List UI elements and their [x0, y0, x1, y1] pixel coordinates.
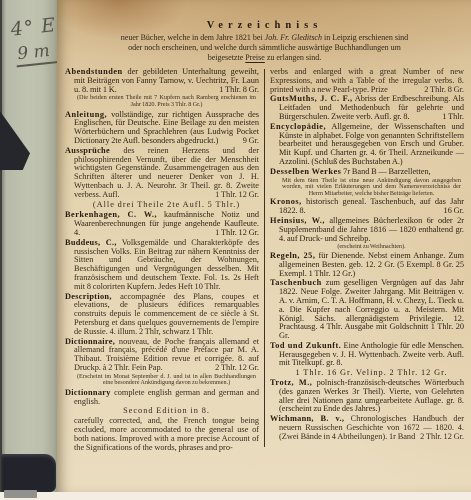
entry-text: Volksgemälde und Charakterköpfe des russ…: [74, 238, 259, 291]
entry-headword: Aussprüche: [65, 146, 110, 155]
entry-headword: Abendstunden: [65, 67, 123, 76]
catalog-entry: Trotz, M., polnisch-französisch-deutsche…: [270, 379, 464, 414]
catalog-entry: Wichmann, B. v., Chronologisches Handbuc…: [270, 415, 464, 441]
header-line-1-pre: neuer Bücher, welche in dem Jahre 1821 b…: [121, 33, 265, 42]
header-line-1-post: in Leipzig erschienen sind: [322, 33, 408, 42]
entry-price: 16 Gr.: [448, 207, 464, 216]
entry-note: (Die beiden ersten Theile mit 7 Kupfern …: [77, 95, 256, 108]
entry-headword: Kronos,: [270, 197, 302, 206]
entry-paragraph: carefully corrected, and, the French ton…: [74, 417, 259, 452]
price-emphasis: Preise: [245, 53, 265, 62]
column-left: Abendstunden der gebildeten Unterhaltung…: [65, 68, 259, 453]
book-scan: 4° Ex 9 m Verzeichniss neuer Bücher, wel…: [0, 0, 471, 500]
adjacent-page-edge: 4° Ex 9 m: [0, 0, 57, 492]
entry-note: (Erscheint im Monat September d. J. und …: [77, 374, 256, 387]
page-header: Verzeichniss neuer Bücher, welche in dem…: [65, 20, 464, 63]
book-clamp-bottom: [1, 454, 56, 492]
entry-headword: Tod und Zukunft.: [270, 341, 341, 350]
entry-text: historisch geneal. Taschenbuch, auf das …: [279, 197, 464, 215]
entry-headword: GutsMuths, J. C. F.,: [270, 94, 353, 103]
two-column-text: Abendstunden der gebildeten Unterhaltung…: [65, 68, 464, 453]
header-line-3-pre: beigesetzte: [208, 53, 246, 62]
publisher-name: Joh. Fr. Gleditsch: [265, 33, 322, 42]
header-line-2: oder noch erscheinen, und welche durch s…: [65, 43, 464, 53]
catalog-entry: Dictionnaire, nouveau, de Poche français…: [65, 338, 259, 388]
catalog-entry: verbs and enlarged with a great Number o…: [270, 68, 464, 94]
entry-headword: Buddeus, C.,: [65, 238, 117, 247]
entry-price: 2 Thlr. 12 Gr.: [219, 364, 259, 373]
catalog-entry: Regeln, 25, für Dienende. Nebst einem An…: [270, 252, 464, 278]
catalog-entry: Description, accompagnée des Plans, coup…: [65, 293, 259, 337]
entry-headword: Trotz, M.,: [270, 378, 312, 387]
catalog-entry: Berkenhagen, C. W., kaufmännische Notiz …: [65, 211, 259, 237]
column-divider: [264, 69, 265, 447]
entry-headword: Regeln, 25,: [270, 251, 315, 260]
header-line-3: beigesetzte Preise zu erlangen sind.: [65, 53, 464, 63]
entry-note: (erscheint zu Weihnachten).: [282, 244, 461, 251]
catalog-entry: Buddeus, C., Volksgemälde und Charakterk…: [65, 239, 259, 292]
entry-headword: Dictionnaire,: [65, 337, 115, 346]
entry-headword: Encyclopädie,: [270, 122, 326, 131]
column-right: verbs and enlarged with a great Number o…: [270, 68, 464, 453]
catalog-entry: Dictionnary complete english german and …: [65, 389, 259, 453]
entry-price: 1 Thlr.: [446, 113, 464, 122]
catalog-entry: Desselben Werkes 7r Band B — Barzellette…: [270, 168, 464, 198]
shelfmark-line-1: 4° Ex: [10, 9, 57, 40]
catalog-entry: Anleitung, vollständige, zur richtigen A…: [65, 111, 259, 146]
entry-price: 2 Thlr. 8 Gr.: [419, 86, 464, 95]
entry-price: 2 Thlr. 12 Gr.: [424, 433, 464, 442]
catalog-entry: Heinsius, W., allgemeines Bücherlexikon …: [270, 217, 464, 251]
catalog-page: Verzeichniss neuer Bücher, welche in dem…: [57, 0, 471, 492]
catalog-entry: Abendstunden der gebildeten Unterhaltung…: [65, 68, 259, 110]
entry-price: 1 Thlr. 12 Gr.: [219, 229, 259, 238]
page-title: Verzeichniss: [65, 20, 464, 31]
catalog-entry: GutsMuths, J. C. F., Abriss der Erdbesch…: [270, 95, 464, 121]
entry-headword: Taschenbuch: [270, 278, 322, 287]
entry-headword: Heinsius, W.,: [270, 216, 325, 225]
catalog-entry: Aussprüche des reinen Herzens und der ph…: [65, 147, 259, 211]
entry-headword: Description,: [65, 292, 112, 301]
book-clamp-foot: [4, 490, 37, 498]
entry-price: 1 Thlr. 8 Gr.: [223, 86, 259, 95]
catalog-entry: Taschenbuch zum geselligen Vergnügen auf…: [270, 279, 464, 341]
entry-headword: Desselben Werkes: [270, 167, 341, 176]
entry-centered-line: (Alle drei Theile 2te Aufl. 5 Thlr.): [74, 201, 259, 210]
entry-text: zum geselligen Vergnügen auf das Jahr 18…: [279, 278, 464, 340]
header-line-3-post: zu erlangen sind.: [265, 53, 321, 62]
entry-headword: Dictionnary: [65, 388, 111, 397]
entry-headword: Anleitung,: [65, 110, 107, 119]
handwritten-shelfmark: 4° Ex 9 m: [10, 9, 57, 67]
entry-price: 1 Thlr. 12 Gr.: [219, 191, 259, 200]
catalog-entry: Tod und Zukunft. Eine Anthologie für edl…: [270, 342, 464, 378]
shelfmark-line-2: 9 m: [14, 39, 57, 67]
entry-headword: Berkenhagen, C. W.,: [65, 210, 157, 219]
entry-price: 9 Gr.: [247, 137, 259, 146]
entry-centered-line: Second Edition in 8.: [74, 407, 259, 416]
entry-note: Mit dem 6ten Theile ist eine neue Ankünd…: [282, 178, 461, 198]
catalog-entry: Encyclopädie, Allgemeine, der Wissenscha…: [270, 123, 464, 167]
entry-centered-line: 1 Thlr. 16 Gr. Velinp. 2 Thlr. 12 Gr.: [279, 369, 464, 378]
entry-headword: Wichmann, B. v.,: [270, 414, 344, 423]
header-line-1: neuer Bücher, welche in dem Jahre 1821 b…: [65, 33, 464, 43]
catalog-entry: Kronos, historisch geneal. Taschenbuch, …: [270, 198, 464, 216]
entry-text: 7r Band B — Barzelletten,: [343, 167, 431, 176]
